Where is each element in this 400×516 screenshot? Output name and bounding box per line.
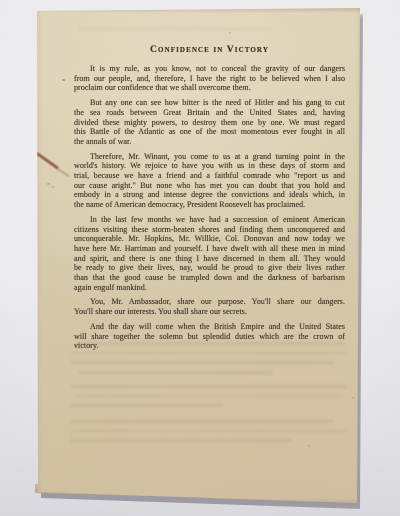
paper-speck — [62, 79, 65, 81]
text-line: And the day will come when the British E… — [74, 322, 345, 332]
text-line: have here Mr. Harriman and yourself. I h… — [74, 244, 345, 254]
show-through-ghost-text — [71, 385, 347, 414]
text-line: embody in a strong and intense degree th… — [74, 190, 345, 200]
text-line: You'll share our interests. You shall sh… — [74, 307, 345, 317]
paragraph: Therefore, Mr. Winant, you come to us at… — [74, 152, 345, 210]
rust-stain-dot — [47, 183, 50, 185]
text-line: citizens visiting these storm-beaten sho… — [74, 225, 345, 235]
paragraph: But any one can see how bitter is the ne… — [74, 98, 345, 147]
text-line: unconquerable. Mr. Hopkins, Mr. Willkie,… — [74, 234, 345, 244]
text-line: trial, because we have a friend and a fa… — [74, 171, 345, 181]
text-line: But any one can see how bitter is the ne… — [74, 98, 345, 108]
text-line: divided these mighty powers, to destroy … — [74, 118, 345, 128]
document-title: Confidence in Victory — [74, 44, 345, 56]
text-line: than that the good cause be trampled dow… — [74, 273, 345, 283]
text-line: our cause aright." But none who has met … — [74, 181, 345, 191]
show-through-ghost-text — [71, 420, 347, 449]
body-paragraphs: It is my rule, as you know, not to conce… — [74, 64, 345, 351]
text-line: from our people, and, therefore, I have … — [74, 74, 345, 84]
text-line: be ready to give their lives, nay, would… — [74, 263, 345, 273]
text-line: proclaim our confidence that we shall ov… — [74, 83, 345, 93]
text-line: You, Mr. Ambassador, share our purpose. … — [74, 297, 345, 307]
text-line: again engulf mankind. — [74, 283, 345, 293]
text-column: Confidence in Victory It is my rule, as … — [74, 44, 345, 351]
text-line: this Battle of the Atlantic as one of th… — [74, 127, 345, 137]
paragraph: You, Mr. Ambassador, share our purpose. … — [74, 297, 345, 316]
text-line: and spirit, and there is one thing I hav… — [74, 254, 345, 264]
paragraph: And the day will come when the British E… — [74, 322, 345, 351]
rust-stain-smudge — [54, 166, 70, 177]
paragraph: In the last few months we have had a suc… — [74, 215, 345, 293]
paragraph: It is my rule, as you know, not to conce… — [74, 64, 345, 93]
rust-stain-dot — [52, 186, 54, 188]
text-line: the annals of war. — [74, 137, 345, 147]
text-line: victory. — [74, 341, 345, 351]
document-page: Confidence in Victory It is my rule, as … — [33, 8, 363, 506]
text-line: In the last few months we have had a suc… — [74, 215, 345, 225]
text-line: the sea roads between Great Britain and … — [74, 108, 345, 118]
text-line: It is my rule, as you know, not to conce… — [74, 64, 345, 74]
show-through-ghost-text — [71, 27, 347, 37]
paper-speck — [352, 397, 354, 399]
text-line: world's history. We rejoice to have you … — [74, 161, 345, 171]
text-line: the name of American democracy, Presiden… — [74, 200, 345, 210]
text-line: will share together the solemn but splen… — [74, 332, 345, 342]
text-line: Therefore, Mr. Winant, you come to us at… — [74, 152, 345, 162]
